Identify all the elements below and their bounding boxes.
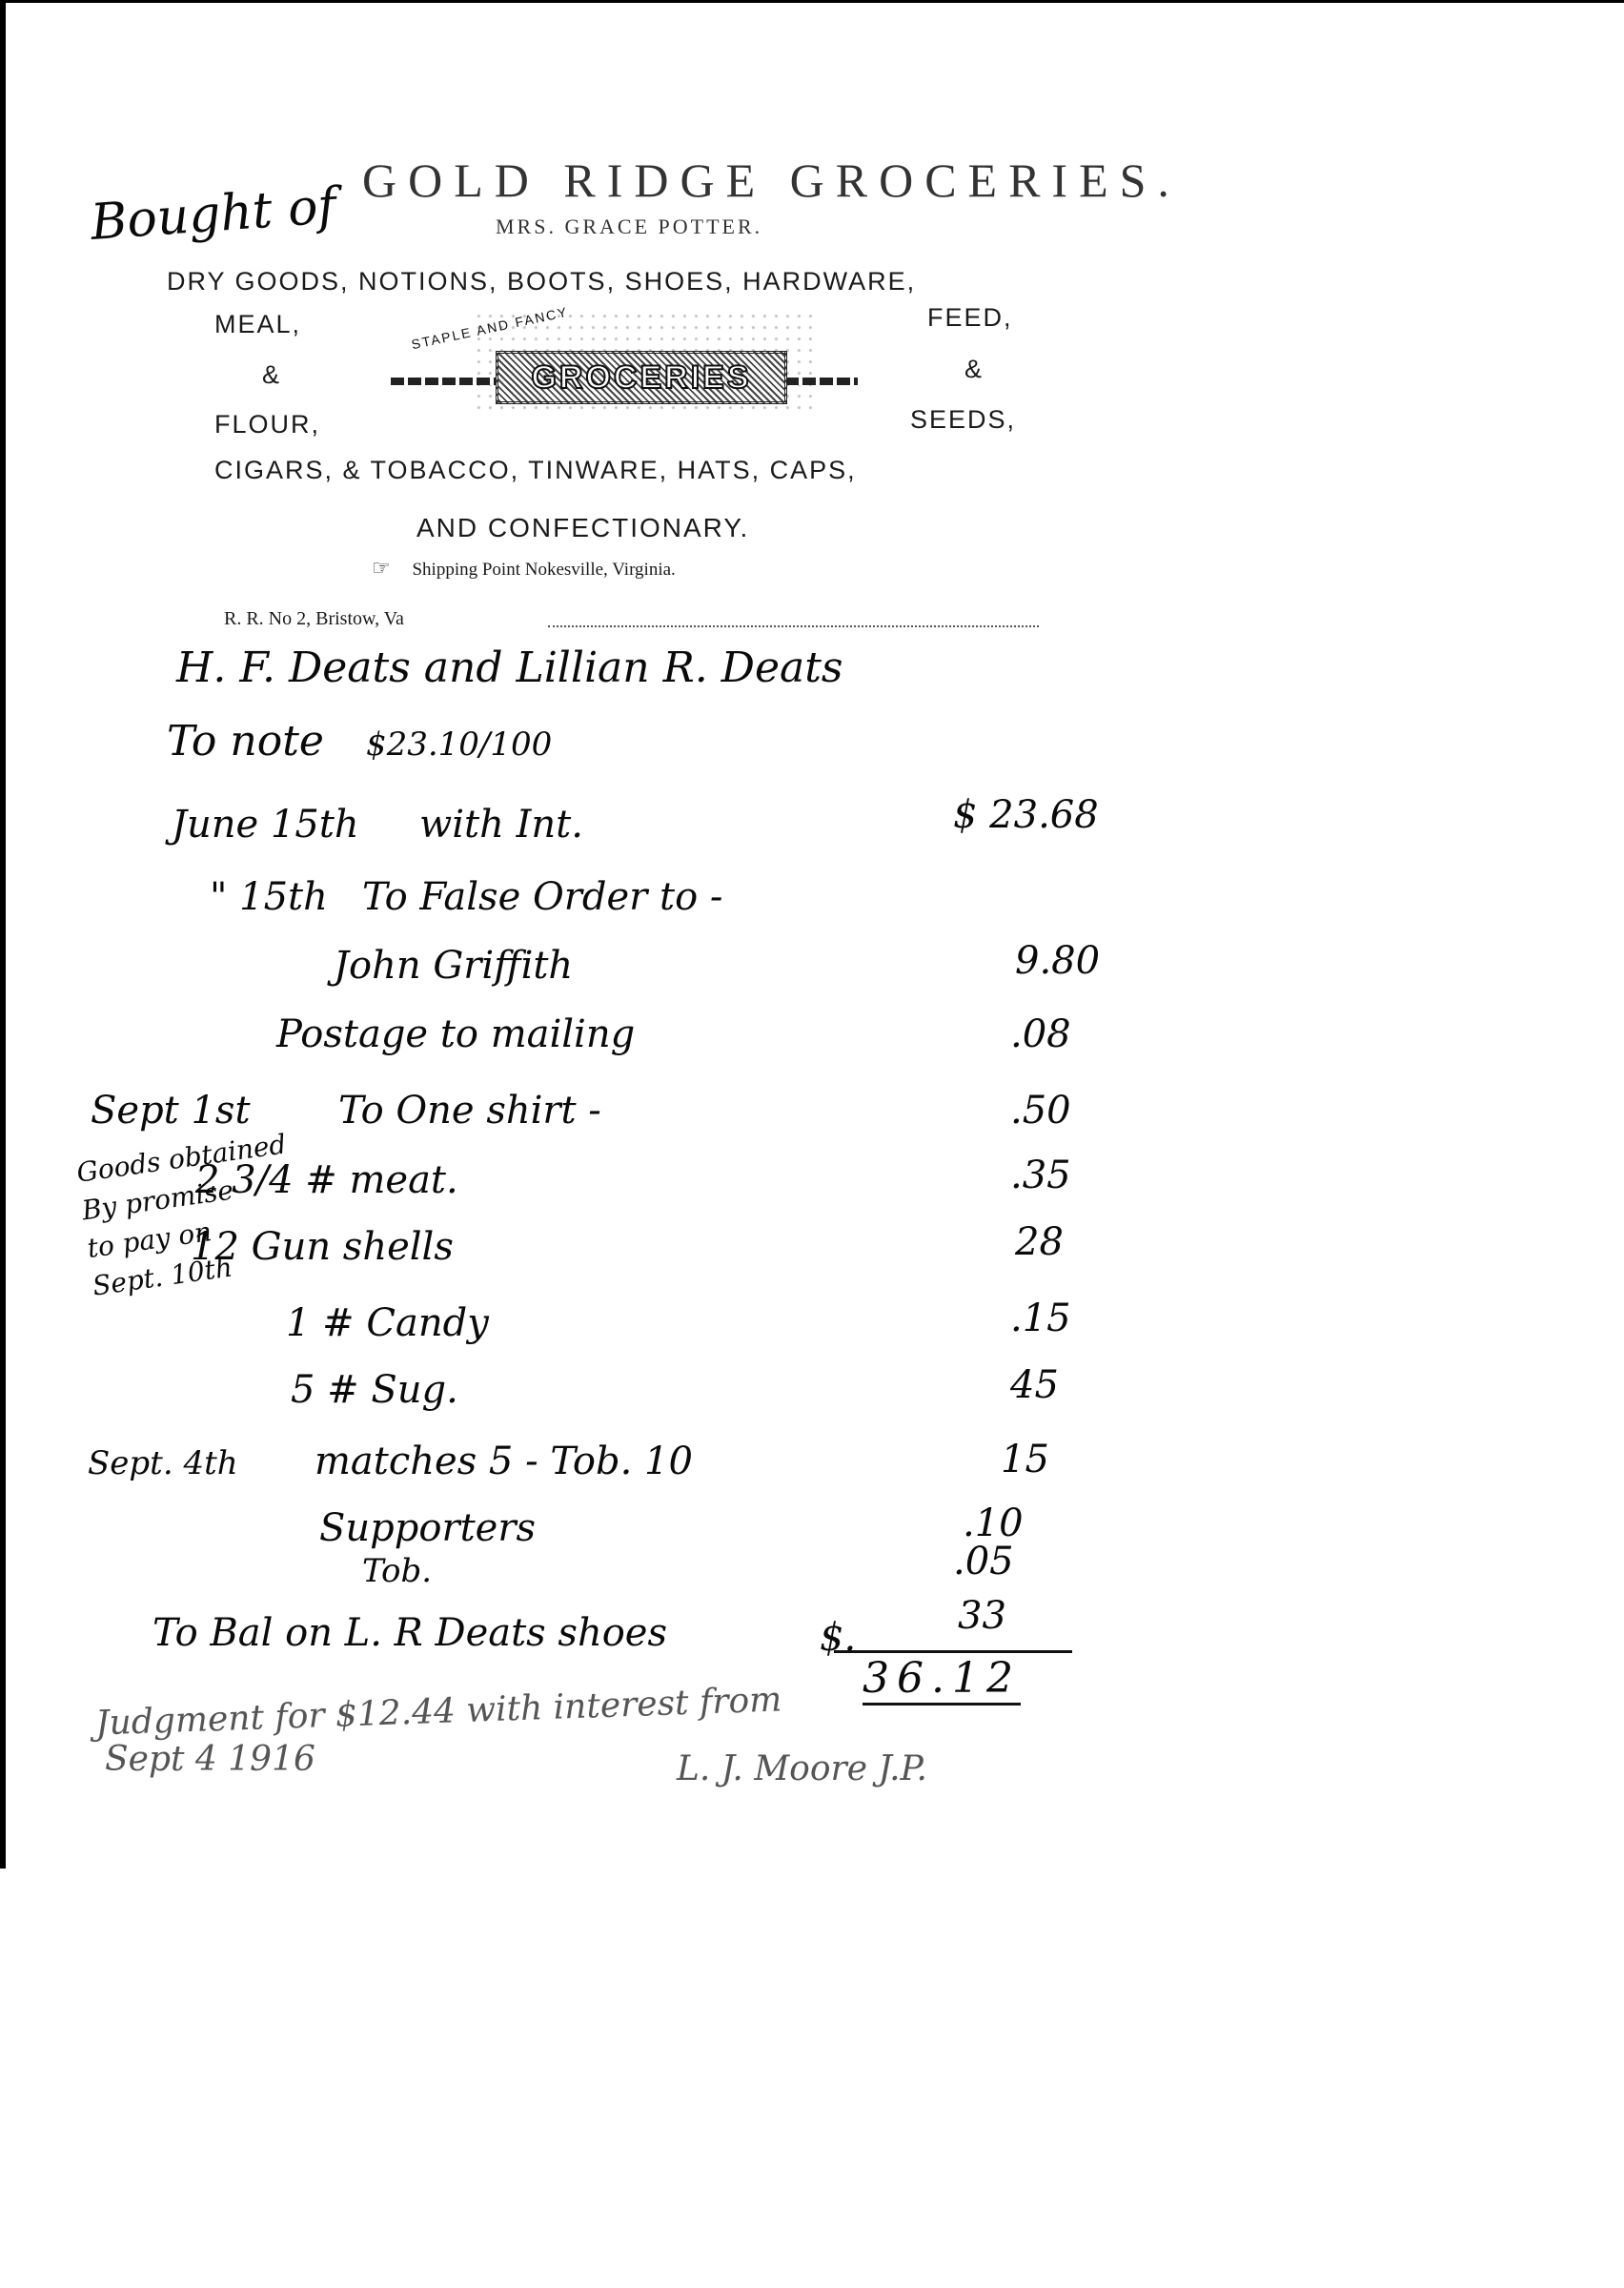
groceries-logo: STAPLE AND FANCY GROCERIES <box>391 313 858 418</box>
confectionary-line: AND CONFECTIONARY. <box>416 513 749 543</box>
left-column-meal: MEAL, <box>214 310 301 339</box>
entry-desc-matches-tob: matches 5 - Tob. 10 <box>315 1440 693 1483</box>
bought-of-label: Bought of <box>89 177 337 252</box>
judgment-line1: Judgment for $12.44 with interest from <box>95 1680 782 1743</box>
entry-desc-john-griffith: John Griffith <box>334 944 573 988</box>
right-column-seeds: SEEDS, <box>910 405 1016 435</box>
logo-banner-text: GROCERIES <box>531 359 751 397</box>
left-column-flour: FLOUR, <box>214 410 320 439</box>
right-column-feed: FEED, <box>927 303 1013 333</box>
address-line: R. R. No 2, Bristow, Va <box>224 608 404 630</box>
entry-desc-shirt: To One shirt - <box>338 1089 601 1133</box>
left-column-amp: & <box>262 360 281 390</box>
pointing-hand-icon: ☞ <box>372 556 391 580</box>
entry-amount-shirt: .50 <box>1010 1089 1071 1133</box>
address-dotted-line <box>548 625 1039 627</box>
proprietor-name: MRS. GRACE POTTER. <box>496 214 762 239</box>
entry-desc-false-order: To False Order to - <box>362 875 722 919</box>
balance-line: To Bal on L. R Deats shoes <box>152 1611 667 1655</box>
entry-amount-gun-shells: 28 <box>1015 1220 1064 1264</box>
scan-border-top <box>0 0 1624 3</box>
margin-note: Goods obtained By promise to pay on Sept… <box>74 1125 305 1305</box>
total-amount: 36.12 <box>863 1654 1021 1706</box>
goods-list-line2: CIGARS, & TOBACCO, TINWARE, HATS, CAPS, <box>214 456 857 485</box>
entry-desc-with-int: with Int. <box>419 803 583 847</box>
logo-banner: GROCERIES <box>496 351 787 404</box>
judgment-date: Sept 4 1916 <box>105 1740 315 1779</box>
entry-desc-sugar: 5 # Sug. <box>291 1368 458 1412</box>
right-column-amp: & <box>964 355 984 384</box>
entry-amount-matches-tob: 15 <box>1001 1438 1049 1481</box>
balance-amount: 33 <box>958 1594 1006 1638</box>
customer-name: H. F. Deats and Lillian R. Deats <box>176 643 843 692</box>
entry-amount-candy: .15 <box>1010 1297 1071 1340</box>
judgment-signature: L. J. Moore J.P. <box>677 1749 927 1788</box>
shipping-line: ☞ Shipping Point Nokesville, Virginia. <box>372 556 676 581</box>
entry-amount-9-80: 9.80 <box>1015 939 1100 983</box>
entry-amount-postage: .08 <box>1010 1012 1071 1056</box>
entry-desc-supporters: Supporters <box>319 1506 536 1550</box>
balance-currency: $. <box>820 1616 856 1660</box>
entry-amount-23-68: $ 23.68 <box>953 793 1099 837</box>
sum-rule <box>834 1650 1072 1653</box>
entry-amount-meat: .35 <box>1010 1154 1071 1197</box>
goods-list-line1: DRY GOODS, NOTIONS, BOOTS, SHOES, HARDWA… <box>167 267 916 296</box>
entry-date-june15: June 15th <box>172 803 359 847</box>
note-amount: $23.10/100 <box>366 725 552 764</box>
store-name: GOLD RIDGE GROCERIES. <box>362 153 1181 208</box>
entry-desc-postage: Postage to mailing <box>276 1012 635 1056</box>
entry-date-sept4: Sept. 4th <box>88 1444 238 1482</box>
entry-date-15th: " 15th <box>210 875 328 919</box>
entry-date-sept1: Sept 1st <box>91 1089 251 1133</box>
note-line: To note $23.10/100 <box>167 717 552 766</box>
scan-border-left <box>0 0 6 1869</box>
shipping-text: Shipping Point Nokesville, Virginia. <box>412 560 675 580</box>
entry-amount-tob: .05 <box>953 1540 1014 1583</box>
note-label: To note <box>167 717 324 766</box>
entry-amount-sugar: 45 <box>1010 1363 1059 1407</box>
entry-desc-tob: Tob. <box>362 1552 432 1590</box>
entry-desc-candy: 1 # Candy <box>286 1301 489 1345</box>
